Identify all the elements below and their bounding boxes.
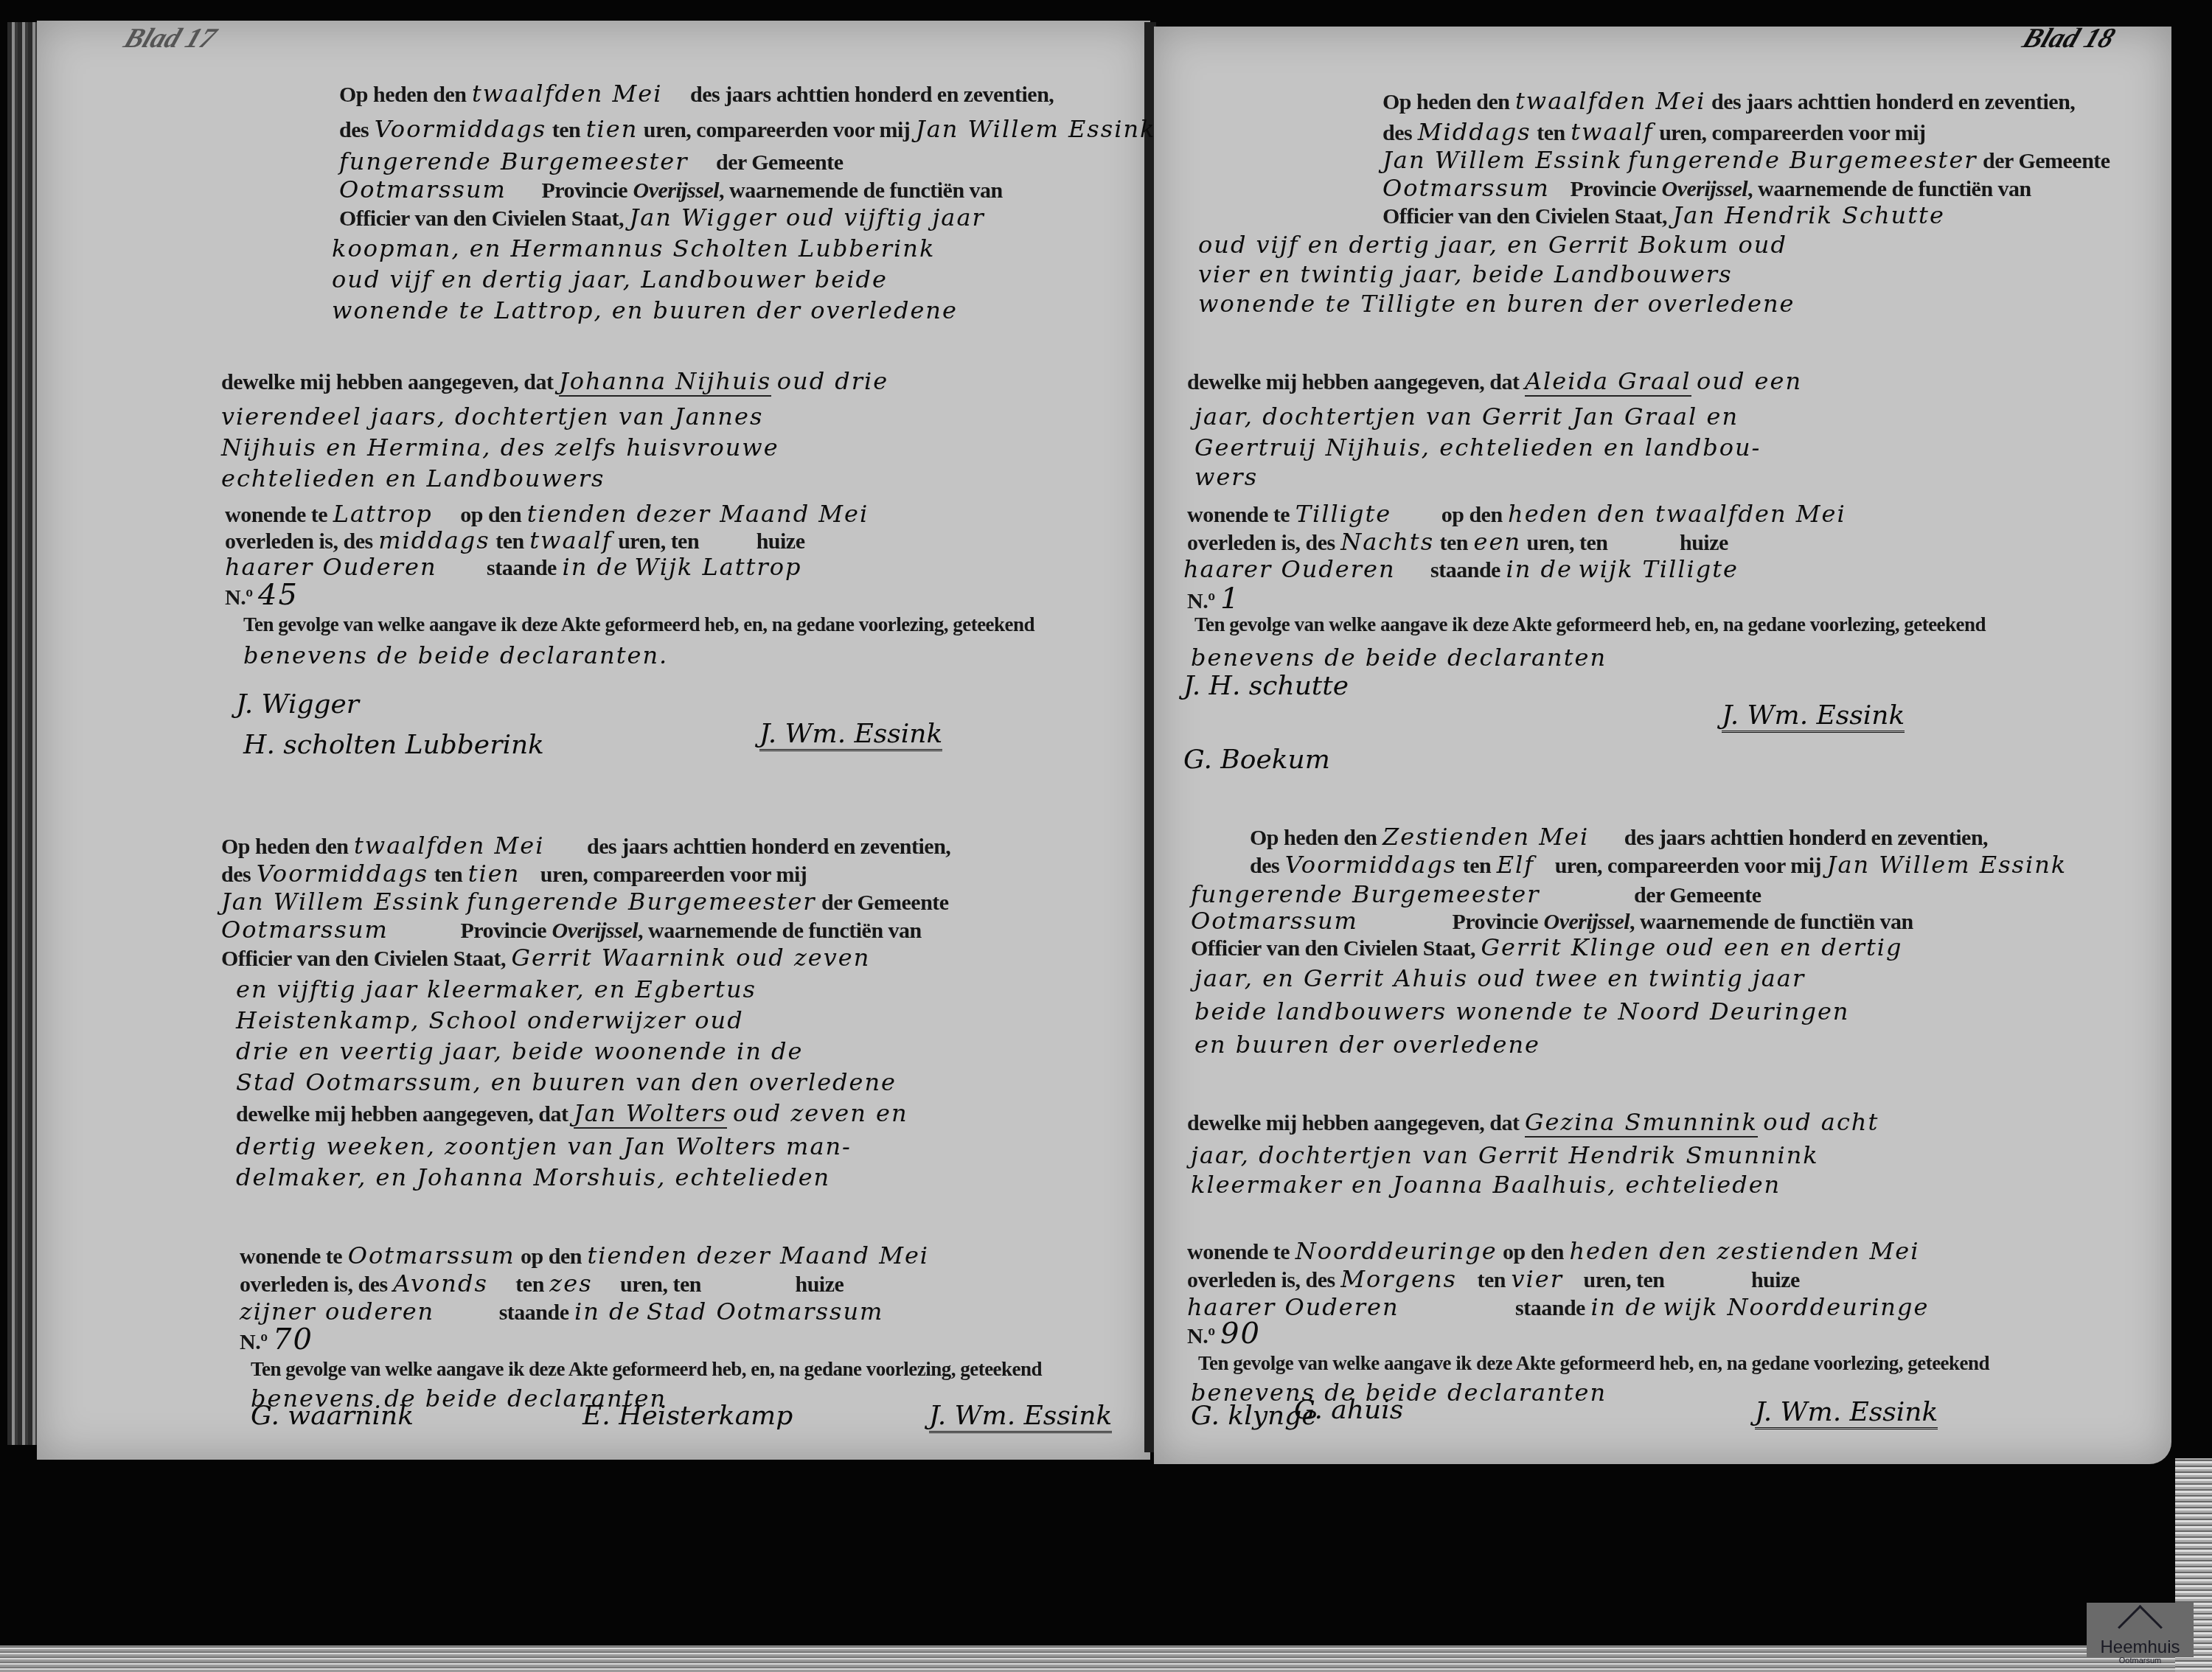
location: wijk Tilligte bbox=[1578, 555, 1739, 583]
witness-line: Jan Hendrik Schutte bbox=[1672, 201, 1944, 229]
printed-waarnemende: , waarnemende de functiën van bbox=[1747, 177, 2031, 201]
witness-line: vier en twintig jaar, beide Landbouwers bbox=[1198, 262, 1733, 287]
residence: Noorddeuringe bbox=[1295, 1237, 1498, 1265]
witness-line: beide landbouwers wonende te Noord Deuri… bbox=[1194, 999, 1849, 1024]
closing-text: benevens de beide declaranten bbox=[1191, 645, 1607, 670]
deceased-text: oud acht bbox=[1763, 1108, 1879, 1136]
watermark-subtitle: Ootmarsum bbox=[2087, 1657, 2194, 1665]
residence: Lattrop bbox=[333, 500, 433, 528]
printed-des: des bbox=[339, 118, 369, 142]
death-date: tienden dezer Maand Mei bbox=[587, 1241, 929, 1269]
printed-uren: uren, compareerden voor mij bbox=[1555, 854, 1821, 878]
record-official: Jan Willem Essink bbox=[221, 888, 462, 916]
printed-intro: Op heden den bbox=[1250, 826, 1377, 850]
official-signature: J. Wm. Essink bbox=[759, 719, 942, 751]
printed-in-de: in de bbox=[574, 1297, 641, 1326]
folio-number-left: Blad 17 bbox=[119, 22, 220, 55]
location: wijk Noorddeuringe bbox=[1663, 1293, 1929, 1321]
printed-intro: Op heden den bbox=[339, 83, 466, 107]
witness-signature: J. Wigger bbox=[236, 689, 359, 720]
printed-ten: ten bbox=[1537, 121, 1565, 145]
record-official: Jan Willem Essink bbox=[1827, 851, 2067, 879]
witness-signature: E. Heisterkamp bbox=[582, 1401, 793, 1431]
witness-line: wonende te Lattrop, en buuren der overle… bbox=[332, 298, 958, 323]
printed-ten: ten bbox=[1477, 1268, 1506, 1292]
printed-wonende: wonende te bbox=[1187, 503, 1290, 527]
witness-line: Gerrit Klinge oud een en dertig bbox=[1481, 933, 1902, 961]
printed-huize: huize bbox=[796, 1272, 844, 1297]
printed-waarnemende: , waarnemende de functiën van bbox=[719, 178, 1003, 203]
witness-line: Gerrit Waarnink oud zeven bbox=[511, 944, 870, 972]
record-municipality: Ootmarssum bbox=[1191, 907, 1358, 935]
printed-uren: uren, compareerden voor mij bbox=[644, 118, 910, 142]
deceased-text: oud zeven en bbox=[733, 1099, 908, 1127]
printed-gemeente: der Gemeente bbox=[716, 150, 844, 175]
record-time-of-day: Voormiddags bbox=[1285, 851, 1458, 879]
record-hour: tien bbox=[586, 115, 639, 143]
heemhuis-watermark: Heemhuis Ootmarsum bbox=[2087, 1603, 2194, 1657]
printed-huize: huize bbox=[757, 529, 805, 554]
death-time-of-day: Nachts bbox=[1340, 528, 1434, 556]
printed-dewelke: dewelke mij hebben aangegeven, dat bbox=[221, 370, 554, 394]
printed-year: des jaars achttien honderd en zeventien, bbox=[1711, 90, 2075, 114]
death-hour: zes bbox=[549, 1269, 592, 1297]
printed-huize: huize bbox=[1680, 531, 1728, 555]
printed-closing: Ten gevolge van welke aangave ik deze Ak… bbox=[1198, 1351, 1989, 1376]
printed-provincie: Provincie bbox=[541, 178, 627, 203]
witness-line: Jan Wigger oud vijftig jaar bbox=[629, 203, 984, 231]
record-number: 70 bbox=[273, 1323, 313, 1356]
printed-uren: uren, compareerden voor mij bbox=[540, 863, 807, 887]
record-official-role: fungerende Burgemeester bbox=[339, 147, 689, 175]
printed-in-de: in de bbox=[1590, 1293, 1657, 1321]
province-name: Overijssel bbox=[1661, 177, 1747, 201]
record-number: 1 bbox=[1220, 582, 1240, 616]
printed-ten: ten bbox=[1463, 854, 1492, 878]
witness-line: Stad Ootmarssum, en buuren van den overl… bbox=[236, 1070, 897, 1095]
deceased-text: Geertruij Nijhuis, echtelieden en landbo… bbox=[1194, 435, 1761, 460]
record-official-role: fungerende Burgemeester bbox=[467, 888, 816, 916]
record-municipality: Ootmarssum bbox=[1382, 174, 1550, 202]
printed-closing: Ten gevolge van welke aangave ik deze Ak… bbox=[243, 612, 1034, 637]
deceased-text: dertig weeken, zoontjen van Jan Wolters … bbox=[236, 1134, 852, 1159]
printed-wonende: wonende te bbox=[1187, 1240, 1290, 1264]
printed-in-de: in de bbox=[562, 553, 628, 581]
printed-provincie: Provincie bbox=[460, 919, 546, 943]
printed-officier: Officier van den Civielen Staat, bbox=[339, 206, 624, 231]
printed-closing: Ten gevolge van welke aangave ik deze Ak… bbox=[251, 1356, 1042, 1382]
witness-line: oud vijf en dertig jaar, en Gerrit Bokum… bbox=[1198, 232, 1787, 257]
death-hour: twaalf bbox=[529, 526, 612, 554]
printed-staande: staande bbox=[499, 1300, 569, 1325]
death-time-of-day: Avonds bbox=[393, 1269, 488, 1297]
house: haarer Ouderen bbox=[225, 553, 437, 581]
printed-gemeente: der Gemeente bbox=[821, 891, 949, 915]
residence: Tilligte bbox=[1295, 500, 1392, 528]
printed-year: des jaars achttien honderd en zeventien, bbox=[690, 83, 1054, 107]
deceased-text: delmaker, en Johanna Morshuis, echtelied… bbox=[236, 1165, 830, 1190]
register-book: Blad 17 Blad 18 Op heden den twaalfden M… bbox=[0, 0, 2212, 1672]
folio-number-right: Blad 18 bbox=[2018, 22, 2119, 55]
printed-provincie: Provincie bbox=[1452, 910, 1538, 934]
record-municipality: Ootmarssum bbox=[339, 175, 507, 203]
printed-provincie: Provincie bbox=[1570, 177, 1656, 201]
printed-waarnemende: , waarnemende de functiën van bbox=[638, 919, 922, 943]
witness-signature: J. H. schutte bbox=[1183, 671, 1349, 701]
printed-des: des bbox=[1250, 854, 1279, 878]
witness-signature: G. waarnink bbox=[251, 1401, 414, 1431]
printed-intro: Op heden den bbox=[1382, 90, 1509, 114]
witness-line: Heistenkamp, School onderwijzer oud bbox=[236, 1008, 744, 1033]
deceased-text: jaar, dochtertjen van Gerrit Hendrik Smu… bbox=[1191, 1143, 1819, 1168]
record-time-of-day: Middags bbox=[1418, 118, 1531, 146]
printed-overleden: overleden is, des bbox=[225, 529, 373, 554]
printed-des: des bbox=[1382, 121, 1412, 145]
deceased-text: oud drie bbox=[777, 367, 888, 395]
printed-des: des bbox=[221, 863, 251, 887]
printed-waarnemende: , waarnemende de functiën van bbox=[1630, 910, 1913, 934]
printed-officier: Officier van den Civielen Staat, bbox=[221, 947, 506, 971]
printed-ten: ten bbox=[1440, 531, 1469, 555]
record-date: twaalfden Mei bbox=[472, 80, 663, 108]
deceased-text: Nijhuis en Hermina, des zelfs huisvrouwe bbox=[221, 435, 779, 460]
scanner-edge-bottom bbox=[0, 1645, 2212, 1672]
printed-no: N.º bbox=[1187, 1324, 1215, 1348]
printed-uren-ten: uren, ten bbox=[1527, 531, 1608, 555]
printed-no: N.º bbox=[1187, 589, 1215, 613]
printed-wonende: wonende te bbox=[225, 503, 327, 527]
printed-in-de: in de bbox=[1506, 555, 1572, 583]
deceased-text: kleermaker en Joanna Baalhuis, echtelied… bbox=[1191, 1172, 1781, 1197]
record-date: Zestienden Mei bbox=[1382, 823, 1589, 851]
deceased-name: Jan Wolters bbox=[574, 1099, 727, 1129]
printed-staande: staande bbox=[1515, 1296, 1585, 1320]
printed-overleden: overleden is, des bbox=[240, 1272, 388, 1297]
deceased-text: echtelieden en Landbouwers bbox=[221, 466, 605, 491]
record-time-of-day: Voormiddags bbox=[375, 115, 547, 143]
residence: Ootmarssum bbox=[348, 1241, 515, 1269]
printed-staande: staande bbox=[1430, 558, 1500, 582]
printed-wonende: wonende te bbox=[240, 1244, 342, 1269]
record-hour: Elf bbox=[1497, 851, 1534, 879]
witness-line: en buuren der overledene bbox=[1194, 1032, 1540, 1057]
record-hour: twaalf bbox=[1571, 118, 1653, 146]
printed-no: N.º bbox=[240, 1330, 268, 1354]
printed-overleden: overleden is, des bbox=[1187, 1268, 1335, 1292]
record-date: twaalfden Mei bbox=[354, 832, 545, 860]
printed-no: N.º bbox=[225, 585, 253, 610]
province-name: Overijssel bbox=[552, 919, 638, 943]
official-signature: J. Wm. Essink bbox=[1755, 1397, 1938, 1429]
record-hour: tien bbox=[468, 860, 521, 888]
printed-year: des jaars achttien honderd en zeventien, bbox=[587, 835, 950, 859]
printed-ten: ten bbox=[434, 863, 463, 887]
province-name: Overijssel bbox=[633, 178, 719, 203]
deceased-text: oud een bbox=[1697, 367, 1802, 395]
record-time-of-day: Voormiddags bbox=[257, 860, 429, 888]
house: haarer Ouderen bbox=[1187, 1293, 1399, 1321]
deceased-name: Gezina Smunnink bbox=[1525, 1108, 1758, 1138]
printed-uren-ten: uren, ten bbox=[618, 529, 699, 554]
witness-signature: G. ahuis bbox=[1294, 1395, 1403, 1425]
witness-signature: G. Boekum bbox=[1183, 745, 1330, 775]
printed-officier: Officier van den Civielen Staat, bbox=[1382, 204, 1667, 229]
deceased-text: jaar, dochtertjen van Gerrit Jan Graal e… bbox=[1194, 404, 1739, 429]
witness-line: oud vijf en dertig jaar, Landbouwer beid… bbox=[332, 267, 888, 292]
record-official: Jan Willem Essink bbox=[1382, 146, 1623, 174]
printed-uren-ten: uren, ten bbox=[1583, 1268, 1664, 1292]
printed-year: des jaars achttien honderd en zeventien, bbox=[1624, 826, 1988, 850]
house: haarer Ouderen bbox=[1183, 555, 1396, 583]
printed-overleden: overleden is, des bbox=[1187, 531, 1335, 555]
deceased-name: Johanna Nijhuis bbox=[559, 367, 771, 397]
printed-ten: ten bbox=[515, 1272, 544, 1297]
deceased-name: Aleida Graal bbox=[1525, 367, 1691, 397]
death-hour: een bbox=[1474, 528, 1521, 556]
death-date: tienden dezer Maand Mei bbox=[527, 500, 869, 528]
printed-uren-ten: uren, ten bbox=[620, 1272, 701, 1297]
printed-closing: Ten gevolge van welke aangave ik deze Ak… bbox=[1194, 612, 1986, 637]
printed-intro: Op heden den bbox=[221, 835, 348, 859]
printed-dewelke: dewelke mij hebben aangegeven, dat bbox=[1187, 370, 1520, 394]
printed-ten: ten bbox=[552, 118, 581, 142]
witness-line: wonende te Tilligte en buren der overled… bbox=[1198, 291, 1795, 316]
printed-op-den: op den bbox=[1503, 1240, 1564, 1264]
printed-dewelke: dewelke mij hebben aangegeven, dat bbox=[236, 1102, 568, 1126]
deceased-text: wers bbox=[1194, 464, 1258, 490]
printed-ten: ten bbox=[495, 529, 524, 554]
printed-op-den: op den bbox=[460, 503, 521, 527]
house: zijner ouderen bbox=[240, 1297, 434, 1326]
record-date: twaalfden Mei bbox=[1515, 87, 1706, 115]
record-official-role: fungerende Burgemeester bbox=[1191, 880, 1540, 908]
page-edges bbox=[7, 22, 41, 1445]
deceased-text: vierendeel jaars, dochtertjen van Jannes bbox=[221, 404, 763, 429]
closing-text: benevens de beide declaranten. bbox=[243, 643, 668, 668]
record-municipality: Ootmarssum bbox=[221, 916, 389, 944]
death-date: heden den zestienden Mei bbox=[1569, 1237, 1919, 1265]
printed-uren: uren, compareerden voor mij bbox=[1659, 121, 1925, 145]
death-time-of-day: Morgens bbox=[1340, 1265, 1457, 1293]
printed-gemeente: der Gemeente bbox=[1634, 883, 1761, 908]
witness-line: en vijftig jaar kleermaker, en Egbertus bbox=[236, 977, 757, 1002]
record-official-role: fungerende Burgemeester bbox=[1628, 146, 1978, 174]
witness-signature: H. scholten Lubberink bbox=[243, 730, 544, 760]
record-number: 90 bbox=[1220, 1317, 1261, 1351]
death-time-of-day: middags bbox=[378, 526, 490, 554]
witness-line: koopman, en Hermannus Scholten Lubberink bbox=[332, 236, 935, 261]
province-name: Overijssel bbox=[1543, 910, 1630, 934]
witness-line: drie en veertig jaar, beide woonende in … bbox=[236, 1039, 803, 1064]
printed-huize: huize bbox=[1751, 1268, 1800, 1292]
location: Stad Ootmarssum bbox=[647, 1297, 883, 1326]
printed-op-den: op den bbox=[1441, 503, 1503, 527]
location: Wijk Lattrop bbox=[634, 553, 801, 581]
death-hour: vier bbox=[1511, 1265, 1563, 1293]
official-signature: J. Wm. Essink bbox=[1722, 700, 1905, 733]
printed-gemeente: der Gemeente bbox=[1983, 149, 2110, 173]
record-official: Jan Willem Essink bbox=[916, 115, 1156, 143]
death-date: heden den twaalfden Mei bbox=[1508, 500, 1846, 528]
printed-op-den: op den bbox=[521, 1244, 582, 1269]
witness-line: jaar, en Gerrit Ahuis oud twee en twinti… bbox=[1194, 966, 1805, 991]
record-number: 45 bbox=[258, 578, 299, 612]
printed-dewelke: dewelke mij hebben aangegeven, dat bbox=[1187, 1111, 1520, 1135]
official-signature: J. Wm. Essink bbox=[929, 1401, 1112, 1433]
printed-staande: staande bbox=[487, 556, 557, 580]
printed-officier: Officier van den Civielen Staat, bbox=[1191, 936, 1475, 961]
